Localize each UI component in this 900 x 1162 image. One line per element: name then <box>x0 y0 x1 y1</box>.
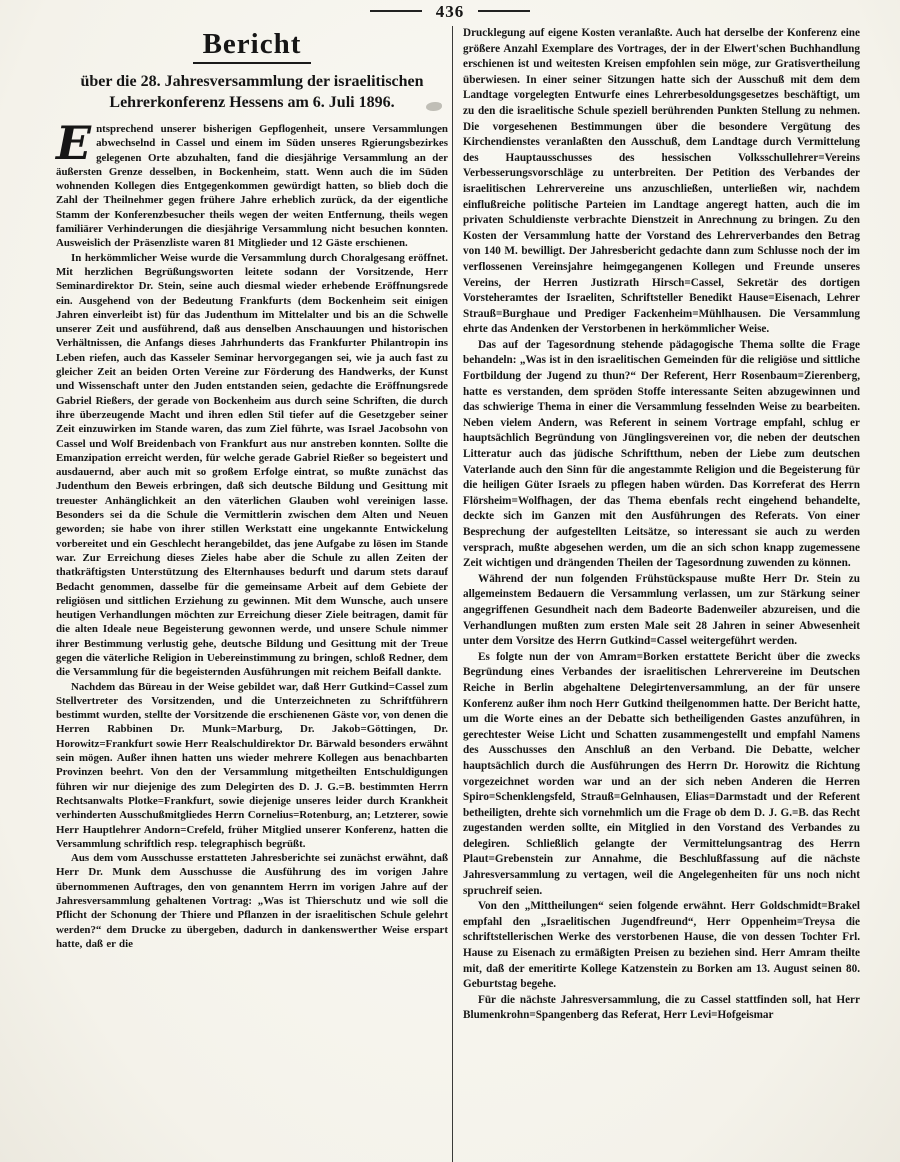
drop-cap-initial: E <box>56 122 96 162</box>
paragraph: Das auf der Tagesordnung stehende pädago… <box>463 338 860 572</box>
paragraph: In herkömmlicher Weise wurde die Versamm… <box>56 251 448 680</box>
header-rule-left <box>370 10 422 12</box>
subtitle-line-1: über die 28. Jahresversammlung der israe… <box>80 73 423 90</box>
page-header: 436 <box>0 0 900 22</box>
paragraph: Es folgte nun der von Amram=Borken ersta… <box>463 650 860 900</box>
article-title: Bericht <box>193 28 312 64</box>
paragraph-text: ntsprechend unserer bisherigen Gepflogen… <box>56 123 448 249</box>
left-column: Bericht über die 28. Jahresversammlung d… <box>56 26 448 951</box>
subtitle-line-2: Lehrerkonferenz Hessens am 6. Juli 1896. <box>109 94 394 111</box>
paragraph: Während der nun folgenden Frühstückspaus… <box>463 572 860 650</box>
paragraph: Von den „Mittheilungen“ seien folgende e… <box>463 899 860 993</box>
header-rule-right <box>478 10 530 12</box>
page-number: 436 <box>436 2 465 22</box>
scanned-journal-page: 436 Bericht über die 28. Jahresversammlu… <box>0 0 900 1162</box>
article-subtitle: über die 28. Jahresversammlung der israe… <box>56 71 448 113</box>
column-divider <box>452 26 453 1162</box>
paragraph: Nachdem das Büreau in der Weise gebildet… <box>56 680 448 852</box>
paragraph: Aus dem vom Ausschusse erstatteten Jahre… <box>56 851 448 951</box>
paragraph: Drucklegung auf eigene Kosten veranlaßte… <box>463 26 860 338</box>
paragraph: Für die nächste Jahresversammlung, die z… <box>463 993 860 1024</box>
right-column: Drucklegung auf eigene Kosten veranlaßte… <box>463 26 860 1024</box>
ink-smudge <box>426 102 442 111</box>
paragraph: Entsprechend unserer bisherigen Gepfloge… <box>56 122 448 251</box>
title-row: Bericht <box>56 28 448 64</box>
